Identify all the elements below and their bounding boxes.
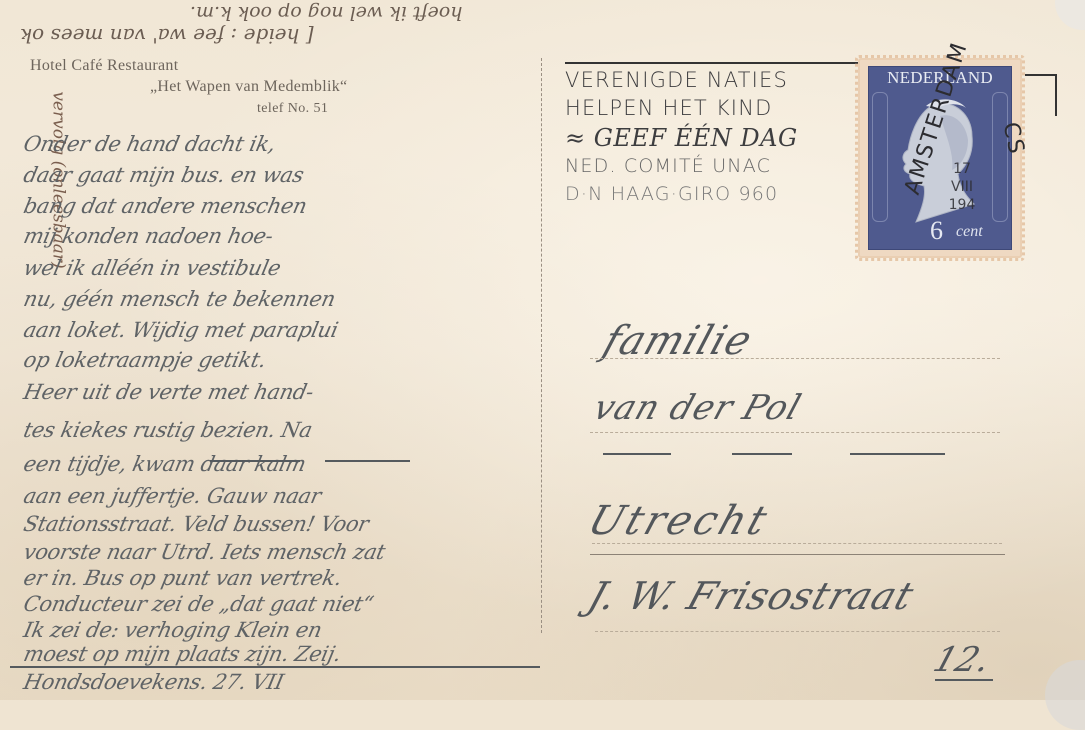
message-line: mij konden nadoen hoe- bbox=[21, 224, 275, 248]
queen-portrait-icon bbox=[896, 96, 980, 226]
center-divider bbox=[541, 58, 542, 633]
message-line: Hondsdoevekens. 27. VII bbox=[21, 670, 285, 694]
hotel-phone: telef No. 51 bbox=[257, 101, 328, 117]
ornament bbox=[872, 92, 888, 222]
postmark-line: D·N HAAG·GIRO 960 bbox=[565, 183, 778, 205]
message-line: Ik zei de: verhoging Klein en bbox=[21, 618, 324, 642]
underline bbox=[325, 460, 410, 462]
stamp-value: 6 bbox=[930, 216, 943, 246]
message-line: moest op mijn plaats zijn. Zeij. bbox=[21, 642, 343, 666]
message-line: Conducteur zei de „dat gaat niet“ bbox=[21, 592, 375, 616]
hotel-name: „Het Wapen van Medemblik“ bbox=[150, 78, 347, 96]
address-rule bbox=[590, 358, 1000, 359]
hotel-type: Hotel Café Restaurant bbox=[30, 57, 178, 75]
postcard: hoeft ik wel nog op ook k.m. [ heide : f… bbox=[0, 0, 1085, 700]
message-line: aan een juffertje. Gauw naar bbox=[21, 484, 323, 508]
postmark-line: VERENIGDE NATIES bbox=[565, 68, 788, 92]
message-line: Stationsstraat. Veld bussen! Voor bbox=[21, 512, 370, 536]
stamp-unit: cent bbox=[956, 223, 983, 241]
address-line: van der Pol bbox=[589, 388, 807, 428]
postage-stamp: NEDERLAND 6 cent bbox=[858, 58, 1022, 258]
upside-down-note-line: [ heide : fee wa' van mees ok bbox=[20, 24, 314, 48]
address-rule bbox=[590, 432, 1000, 433]
message-line: bang dat andere menschen bbox=[21, 194, 309, 218]
message-line: wel ik alléén in vestibule bbox=[21, 256, 282, 280]
message-line: een tijdje, kwam daar kalm bbox=[21, 452, 308, 476]
address-rule bbox=[595, 631, 1000, 632]
message-line: aan loket. Wijdig met paraplui bbox=[21, 318, 340, 342]
message-line: nu, géén mensch te bekennen bbox=[21, 287, 337, 311]
upside-down-note-line: hoeft ik wel nog op ook k.m. bbox=[190, 2, 462, 24]
postmark-line: NED. COMITÉ UNAC bbox=[565, 155, 771, 177]
postmark-line: HELPEN HET KIND bbox=[565, 96, 772, 120]
cancel-bracket bbox=[1025, 74, 1057, 116]
message-line: daar gaat mijn bus. en was bbox=[21, 163, 305, 187]
message-line: Onder de hand dacht ik, bbox=[21, 132, 277, 156]
worn-corner bbox=[1045, 660, 1085, 700]
underline bbox=[10, 666, 540, 668]
stamp-country: NEDERLAND bbox=[868, 68, 1012, 88]
underline bbox=[732, 453, 792, 455]
address-line: Utrecht bbox=[583, 498, 776, 544]
postmark-line: ≈ GEEF ÉÉN DAG bbox=[565, 124, 798, 152]
address-line: 12. bbox=[929, 640, 996, 680]
message-line: tes kiekes rustig bezien. Na bbox=[21, 418, 314, 442]
message-line: op loketraampje getikt. bbox=[21, 348, 268, 372]
underline bbox=[210, 460, 300, 462]
underline bbox=[603, 453, 671, 455]
underline bbox=[935, 679, 993, 681]
worn-corner bbox=[1055, 0, 1085, 30]
message-line: Heer uit de verte met hand- bbox=[21, 380, 315, 404]
underline bbox=[850, 453, 945, 455]
postmark-rule bbox=[565, 62, 865, 64]
address-rule bbox=[592, 543, 1002, 544]
message-line: voorste naar Utrd. Iets mensch zat bbox=[21, 540, 387, 564]
ornament bbox=[992, 92, 1008, 222]
address-line: J. W. Frisostraat bbox=[583, 574, 920, 618]
address-rule bbox=[590, 554, 1005, 555]
message-line: er in. Bus op punt van vertrek. bbox=[21, 566, 344, 590]
stamp-face: NEDERLAND 6 cent bbox=[868, 66, 1012, 250]
